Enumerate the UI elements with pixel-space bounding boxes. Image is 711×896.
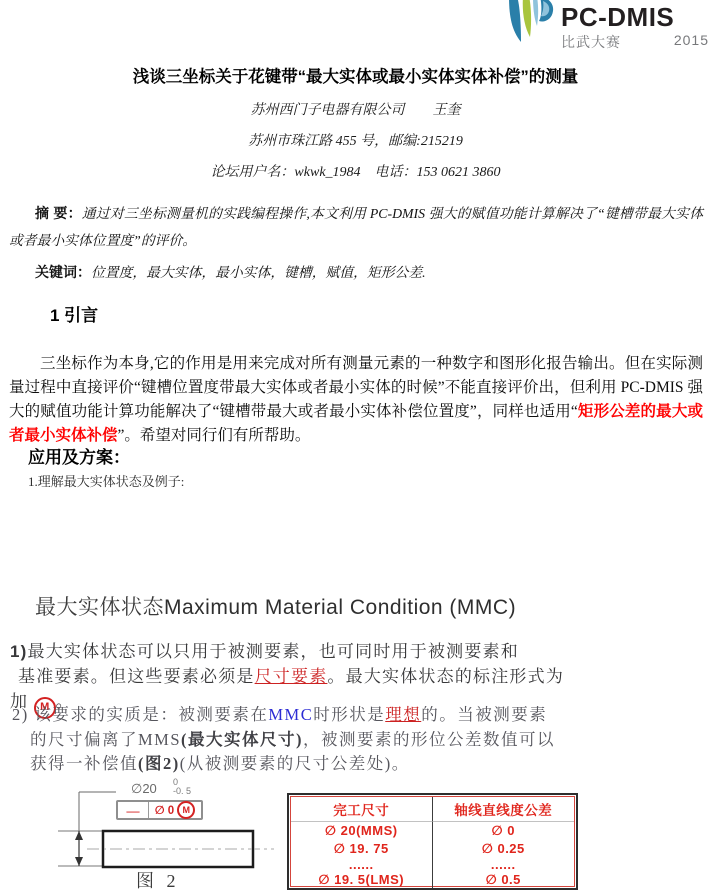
diameter-dimension: ∅20 — [131, 781, 157, 797]
figure-caption: 图 2 — [136, 867, 180, 893]
point2-ideal-red: 理想 — [385, 705, 421, 724]
table-cell: ∅ 0.5 — [433, 871, 575, 888]
point2-mmc-blue: MMC — [268, 705, 313, 724]
point2-fig2-bold: (图2) — [138, 754, 180, 773]
abstract-text: 通过对三坐标测量机的实践编程操作,本文利用 PC-DMIS 强大的赋值功能计算解… — [9, 206, 703, 248]
fcf-tolerance-value: ∅ 0 — [155, 803, 174, 817]
page-title: 浅谈三坐标关于花键带“最大实体或最小实体实体补偿”的测量 — [0, 63, 711, 87]
mmc-heading-chinese: 最大实体状态 — [35, 595, 164, 619]
lower-tolerance: -0. 5 — [173, 787, 191, 796]
logo-contest-text: 比武大赛 — [561, 32, 621, 52]
point1-number: 1) — [10, 642, 28, 661]
feature-control-frame: — ∅ 0 M — [116, 800, 203, 820]
keywords-paragraph: 关键词：位置度，最大实体，最小实体，键槽，赋值，矩形公差. — [9, 261, 703, 282]
keywords-label: 关键词： — [35, 264, 91, 280]
logo-subtitle: 比武大赛 2015 — [561, 32, 709, 52]
application-item-1: 1.理解最大实体状态及例子: — [28, 471, 184, 490]
table-cell: ∅ 20(MMS) — [291, 822, 433, 840]
table-cell: ...... — [433, 858, 575, 871]
mmc-heading-english: Maximum Material Condition (MMC) — [164, 596, 516, 619]
contact-line: 论坛用户名：wkwk_1984 电话：153 0621 3860 — [0, 161, 711, 181]
point2-line1-text-b: 时形状是 — [313, 705, 385, 724]
abstract-paragraph: 摘 要：通过对三坐标测量机的实践编程操作,本文利用 PC-DMIS 强大的赋值功… — [9, 200, 703, 254]
logo-brand-text: PC-DMIS — [561, 4, 709, 30]
point1-line1-text: 最大实体状态可以只用于被测要素，也可同时用于被测要素和 — [28, 642, 519, 661]
tolerance-table: 完工尺寸 轴线直线度公差 ∅ 20(MMS) ∅ 0 ∅ 19. 75 ∅ 0.… — [287, 793, 578, 890]
point1-line2-text-b: 。最大实体状态的标注形式为 — [327, 667, 564, 686]
section-heading-introduction: 1 引言 — [50, 301, 98, 326]
logo-year-text: 2015 — [674, 32, 709, 52]
mmc-section-heading: 最大实体状态Maximum Material Condition (MMC) — [35, 591, 516, 621]
table-cell: ∅ 19. 75 — [291, 840, 433, 858]
keywords-text: 位置度，最大实体，最小实体，键槽，赋值，矩形公差. — [91, 265, 426, 280]
intro-text-after: ”。希望对同行们有所帮助。 — [118, 427, 311, 444]
point2-line1-text-c: 的。当被测要素 — [421, 705, 547, 724]
tolerance-stack: 0 -0. 5 — [173, 778, 191, 796]
point2-line1-text-a: 该要求的实质是：被测要素在 — [34, 705, 268, 724]
point1-line2-text-a: 基准要素。但这些要素必须是 — [18, 667, 255, 686]
point2-number: 2) — [12, 705, 34, 724]
point2-line2-text-b: ，被测要素的形位公差数值可以 — [303, 730, 555, 749]
point2-line3-text-a: 获得一补偿值 — [30, 754, 138, 773]
pcdmis-logo: PC-DMIS 比武大赛 2015 — [503, 0, 711, 58]
author-line: 苏州西门子电器有限公司 王奎 — [0, 99, 711, 119]
pcdmis-logo-icon — [503, 0, 555, 56]
table-cell: ∅ 19. 5(LMS) — [291, 871, 433, 888]
point1-dimension-feature-red: 尺寸要素 — [255, 667, 328, 686]
abstract-label: 摘 要： — [35, 205, 82, 221]
point2-mms-bold: (最大实体尺寸) — [181, 730, 303, 749]
introduction-paragraph: 三坐标作为本身,它的作用是用来完成对所有测量元素的一种数字和图形化报告输出。但在… — [9, 352, 703, 448]
point2-line3-text-b: (从被测要素的尺寸公差处)。 — [180, 754, 410, 773]
table-header-straightness: 轴线直线度公差 — [433, 797, 575, 822]
table-header-finished-size: 完工尺寸 — [291, 797, 433, 822]
application-heading: 应用及方案： — [28, 443, 130, 468]
table-cell: ∅ 0 — [433, 822, 575, 840]
fcf-mmc-modifier-symbol: M — [177, 801, 195, 819]
mmc-point-2: 2) 该要求的实质是：被测要素在MMC时形状是理想的。当被测要素 的尺寸偏离了M… — [12, 703, 672, 777]
table-cell: ∅ 0.25 — [433, 840, 575, 858]
straightness-symbol: — — [118, 802, 149, 818]
table-cell: ...... — [291, 858, 433, 871]
point2-line2-text-a: 的尺寸偏离了MMS — [30, 730, 181, 749]
address-line: 苏州市珠江路 455 号，邮编:215219 — [0, 130, 711, 150]
figure-2-drawing: ∅20 0 -0. 5 — ∅ 0 M 图 2 — [38, 782, 300, 894]
document-page: PC-DMIS 比武大赛 2015 浅谈三坐标关于花键带“最大实体或最小实体实体… — [0, 0, 711, 896]
